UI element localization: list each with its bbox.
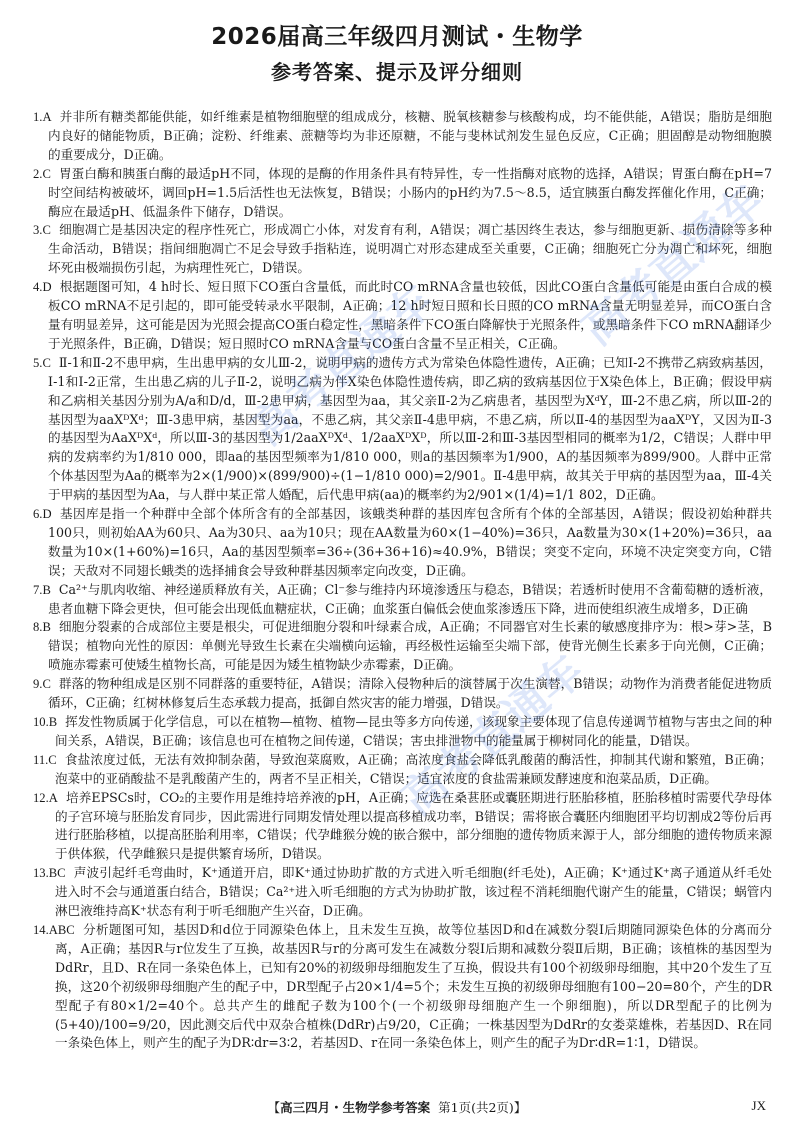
answer-item-2: 2.C胃蛋白酶和胰蛋白酶的最适pH不同，体现的是酶的作用条件具有特异性，专一性指… — [33, 165, 772, 222]
answer-explanation: 基因库是指一个种群中全部个体所含有的全部基因，该蛾类种群的基因库包含所有个体的全… — [48, 506, 772, 578]
answer-item-1: 1.A并非所有糖类都能供能，如纤维素是植物细胞壁的组成成分，核糖、脱氧核糖参与核… — [33, 108, 772, 165]
answer-key: C — [42, 356, 50, 370]
answer-explanation: 声波引起纤毛弯曲时，K⁺通道开启，即K⁺通过协助扩散的方式进入听毛细胞(纤毛处)… — [55, 865, 772, 918]
answer-key: BC — [49, 866, 66, 880]
document-title: 2026届高三年级四月测试・生物学 — [0, 18, 794, 51]
answer-explanation: Ⅱ-1和Ⅱ-2不患甲病，生出患甲病的女儿Ⅲ-2，说明甲病的遗传方式为常染色体隐性… — [48, 355, 772, 502]
answer-item-10: 10.B挥发性物质属于化学信息，可以在植物—植物、植物—昆虫等多方向传递，该现象… — [33, 713, 772, 751]
answer-key: A — [42, 110, 51, 124]
answer-key: C — [48, 753, 56, 767]
answer-item-14: 14.ABC分析题图可知，基因D和d位于同源染色体上，且未发生互换，故等位基因D… — [33, 921, 772, 1053]
answer-item-12: 12.A培养EPSCs时，CO₂的主要作用是维持培养液的pH，A正确；应选在桑葚… — [33, 789, 772, 865]
document-subtitle: 参考答案、提示及评分细则 — [0, 56, 794, 85]
answer-key: C — [42, 677, 50, 691]
answer-explanation: 根据题图可知，4 h时长、短日照下CO蛋白含量低，而此时CO mRNA含量也较低… — [48, 279, 772, 351]
answer-item-4: 4.D根据题图可知，4 h时长、短日照下CO蛋白含量低，而此时CO mRNA含量… — [33, 278, 772, 354]
answer-item-11: 11.C食盐浓度过低，无法有效抑制杂菌，导致泡菜腐败，A正确；高浓度食盐会降低乳… — [33, 751, 772, 789]
answer-explanation: Ca²⁺与肌肉收缩、神经递质释放有关，A正确；Cl⁻参与维持内环境渗透压与稳态，… — [48, 582, 772, 616]
answer-key: B — [42, 620, 50, 634]
answer-item-5: 5.CⅡ-1和Ⅱ-2不患甲病，生出患甲病的女儿Ⅲ-2，说明甲病的遗传方式为常染色… — [33, 354, 772, 505]
answer-key: C — [42, 223, 50, 237]
answer-key: ABC — [49, 923, 75, 937]
page-number: 第1页(共2页) — [438, 1100, 514, 1115]
answer-key: B — [42, 583, 50, 597]
answer-explanation: 食盐浓度过低，无法有效抑制杂菌，导致泡菜腐败，A正确；高浓度食盐会降低乳酸菌的酶… — [55, 752, 772, 786]
answer-item-8: 8.B细胞分裂素的合成部位主要是根尖，可促进细胞分裂和叶绿素合成，A正确；不同器… — [33, 618, 772, 675]
answer-key: A — [49, 791, 58, 805]
answer-list: 1.A并非所有糖类都能供能，如纤维素是植物细胞壁的组成成分，核糖、脱氧核糖参与核… — [33, 108, 772, 1053]
answer-key: D — [42, 280, 51, 294]
answer-item-7: 7.BCa²⁺与肌肉收缩、神经递质释放有关，A正确；Cl⁻参与维持内环境渗透压与… — [33, 581, 772, 619]
answer-item-13: 13.BC声波引起纤毛弯曲时，K⁺通道开启，即K⁺通过协助扩散的方式进入听毛细胞… — [33, 864, 772, 921]
answer-explanation: 细胞分裂素的合成部位主要是根尖，可促进细胞分裂和叶绿素合成，A正确；不同器官对生… — [48, 619, 772, 672]
answer-key: B — [49, 715, 57, 729]
page-footer: 【高三四月・生物学参考答案 第1页(共2页)】 — [0, 1098, 794, 1116]
answer-explanation: 群落的物种组成是区别不同群落的重要特征，A错误；清除入侵物种后的演替属于次生演替… — [48, 676, 772, 710]
answer-key: C — [42, 167, 50, 181]
answer-key: D — [42, 507, 51, 521]
answer-explanation: 并非所有糖类都能供能，如纤维素是植物细胞壁的组成成分，核糖、脱氧核糖参与核酸构成… — [48, 109, 772, 162]
answer-explanation: 挥发性物质属于化学信息，可以在植物—植物、植物—昆虫等多方向传递，该现象主要体现… — [55, 714, 772, 748]
answer-explanation: 培养EPSCs时，CO₂的主要作用是维持培养液的pH，A正确；应选在桑葚胚或囊胚… — [55, 790, 772, 862]
answer-explanation: 细胞凋亡是基因决定的程序性死亡，形成凋亡小体，对发育有利，A错误；凋亡基因终生表… — [48, 222, 772, 275]
answer-explanation: 胃蛋白酶和胰蛋白酶的最适pH不同，体现的是酶的作用条件具有特异性，专一性指酶对底… — [48, 166, 772, 219]
answer-explanation: 分析题图可知，基因D和d位于同源染色体上，且未发生互换，故等位基因D和d在减数分… — [55, 922, 772, 1050]
answer-item-6: 6.D基因库是指一个种群中全部个体所含有的全部基因，该蛾类种群的基因库包含所有个… — [33, 505, 772, 581]
footer-label: 高三四月・生物学参考答案 — [280, 1100, 430, 1115]
region-code: JX — [752, 1098, 766, 1114]
answer-item-3: 3.C细胞凋亡是基因决定的程序性死亡，形成凋亡小体，对发育有利，A错误；凋亡基因… — [33, 221, 772, 278]
answer-item-9: 9.C群落的物种组成是区别不同群落的重要特征，A错误；清除入侵物种后的演替属于次… — [33, 675, 772, 713]
